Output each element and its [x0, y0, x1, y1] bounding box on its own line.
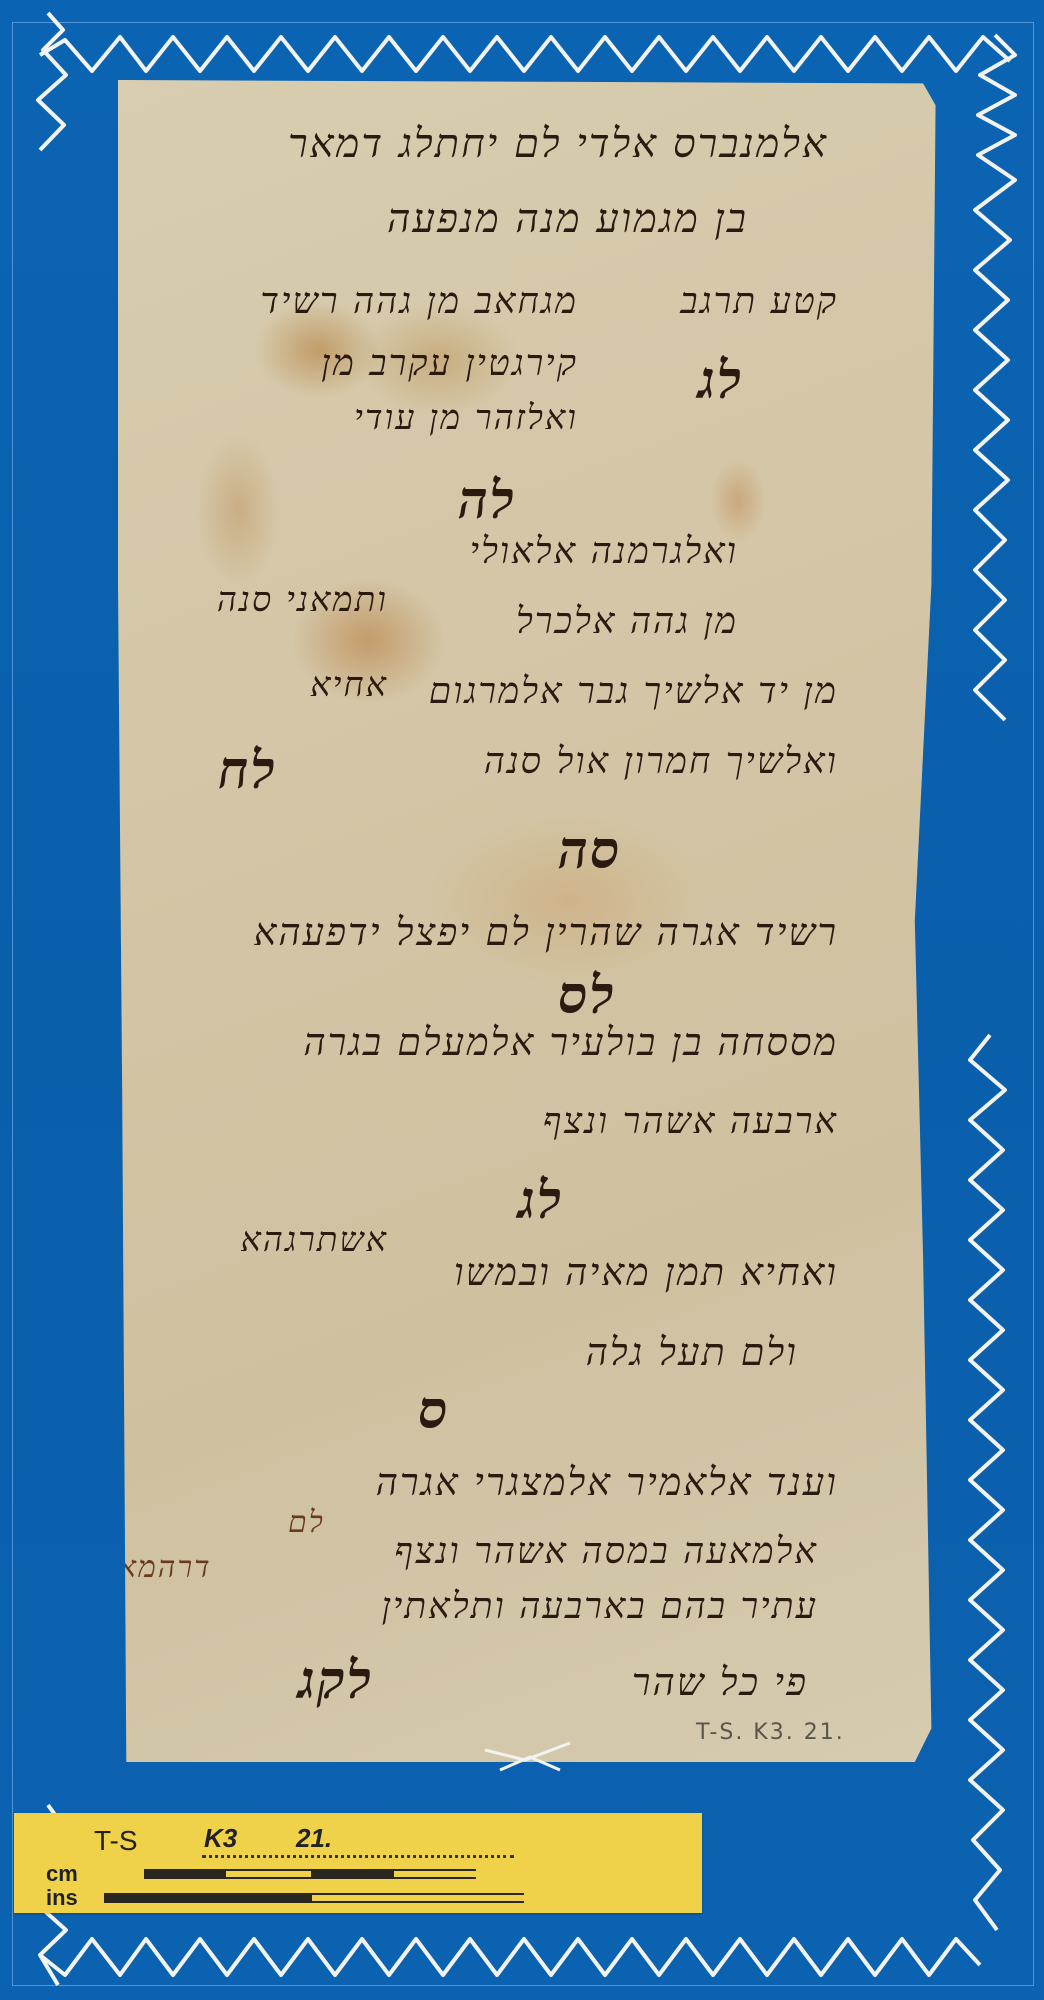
line-16a: לם: [288, 1505, 325, 1540]
label-unit-ins: ins: [46, 1885, 78, 1911]
numeral-8: לקג: [298, 1650, 373, 1711]
line-6: ואלגרמנה אלאולי: [470, 530, 738, 572]
line-12: ארבעה אשהר ונצף: [543, 1100, 838, 1142]
line-7a: ותמאני סנה: [217, 580, 388, 620]
label-prefix: T-S: [94, 1825, 138, 1857]
manuscript-fragment: אלמנברס אלדי לם יחתלג דמאר בן מגמוע מנה …: [118, 80, 948, 1762]
line-2: בן מגמוע מנה מנפעה: [387, 195, 748, 242]
right-stitching-lower: [955, 1030, 1025, 1980]
numeral-7: ס: [418, 1380, 450, 1441]
cm-scale-bar: [144, 1869, 544, 1879]
line-11: מססחה בן בולעיר אלמעלם בגרה: [303, 1020, 838, 1065]
numeral-6: לג: [518, 1170, 564, 1231]
top-stitching: [20, 25, 1030, 85]
shelfmark-label: T-S K3 21. cm ins: [14, 1813, 702, 1913]
line-15: וענד אלאמיר אלמצגרי אגרה: [376, 1460, 838, 1505]
label-shelf-class: K3: [204, 1823, 237, 1854]
line-8a: אחיא: [310, 665, 388, 705]
right-stitching-upper: [960, 30, 1030, 750]
line-16: אלמאעה במסה אשהר ונצף: [394, 1530, 818, 1572]
line-14: ולם תעל גלה: [586, 1330, 798, 1375]
line-3a: מגחאב מן גהה רשיד: [260, 280, 578, 322]
thread-tie: [480, 1735, 580, 1775]
line-9: ואלשיך חמרון אול סנה: [484, 740, 838, 782]
line-10: רשיד אגרה שהרין לם יפצל ידפעהא: [254, 910, 838, 955]
inch-scale-bar: [104, 1893, 624, 1903]
numeral-1: לג: [698, 350, 744, 411]
line-16b: דרהמא: [118, 1550, 212, 1585]
line-1: אלמנברס אלדי לם יחתלג דמאר: [288, 120, 828, 167]
pencil-shelfmark: T-S. K3. 21.: [696, 1720, 845, 1745]
line-13: ואחיא תמן מאיה ובמשו: [454, 1250, 838, 1295]
label-unit-cm: cm: [46, 1861, 78, 1887]
line-13a: אשתרגהא: [241, 1220, 388, 1260]
numeral-2: לה: [458, 470, 516, 531]
line-5: ואלזהר מן עודי: [354, 398, 578, 438]
label-shelf-number: 21.: [296, 1823, 332, 1854]
label-dotted-line: [202, 1855, 514, 1858]
line-17: עתיר בהם בארבעה ותלאתין: [382, 1585, 818, 1627]
left-stitching: [18, 5, 78, 1995]
line-4: קירגטין עקרב מן: [321, 342, 578, 384]
line-3b: קטע תרגב: [680, 280, 838, 322]
line-18: פי כל שהר: [632, 1660, 808, 1705]
numeral-5: לס: [558, 965, 616, 1026]
line-8: מן יד אלשיך גבר אלמרגום: [429, 670, 838, 712]
bottom-stitching: [20, 1925, 1020, 1985]
line-7: מן גהה אלכרל: [516, 600, 738, 642]
numeral-3: לח: [218, 740, 277, 801]
numeral-4: סה: [558, 820, 622, 881]
